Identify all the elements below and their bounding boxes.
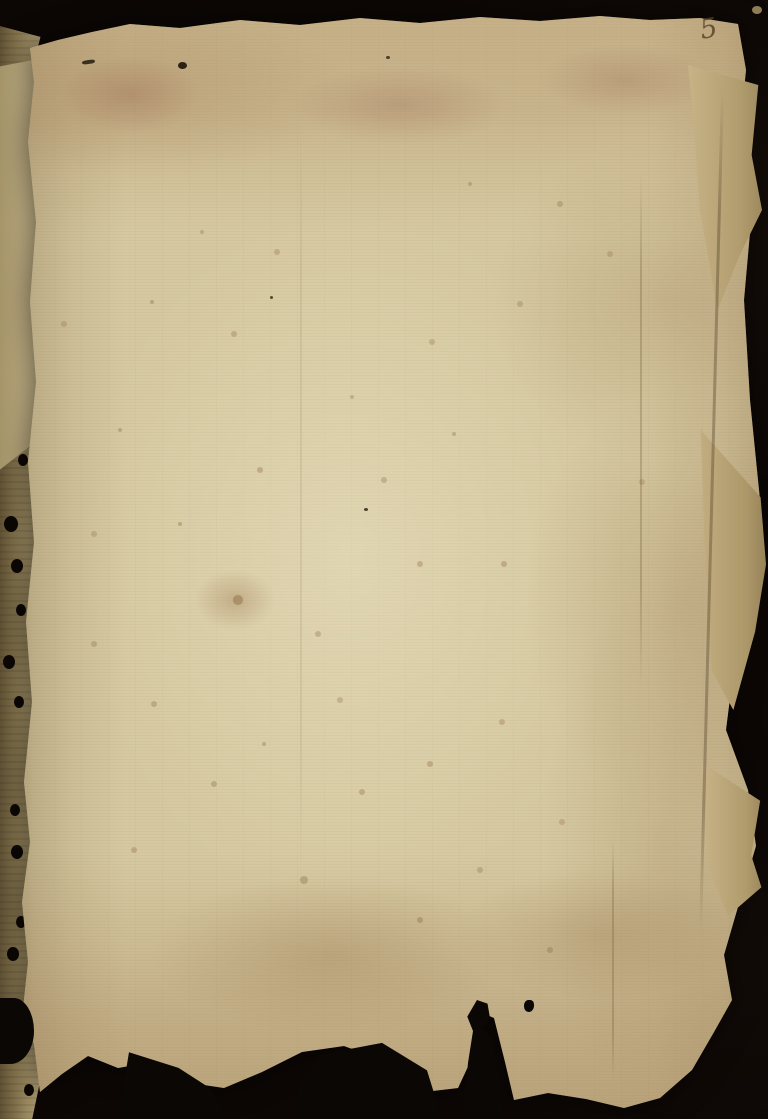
page-sheet bbox=[0, 0, 768, 1119]
foxing-spots bbox=[150, 300, 154, 304]
ink-speck bbox=[270, 296, 273, 299]
page-wrapper bbox=[0, 0, 768, 1119]
ink-speck bbox=[386, 56, 390, 59]
vertical-crease bbox=[300, 120, 302, 880]
vertical-crease bbox=[640, 170, 642, 690]
vertical-crease bbox=[612, 840, 614, 1080]
paper-crumb-top-right bbox=[752, 6, 762, 14]
ink-speck bbox=[178, 62, 187, 69]
manuscript-scan: 5 bbox=[0, 0, 768, 1119]
ink-speck bbox=[364, 508, 368, 511]
